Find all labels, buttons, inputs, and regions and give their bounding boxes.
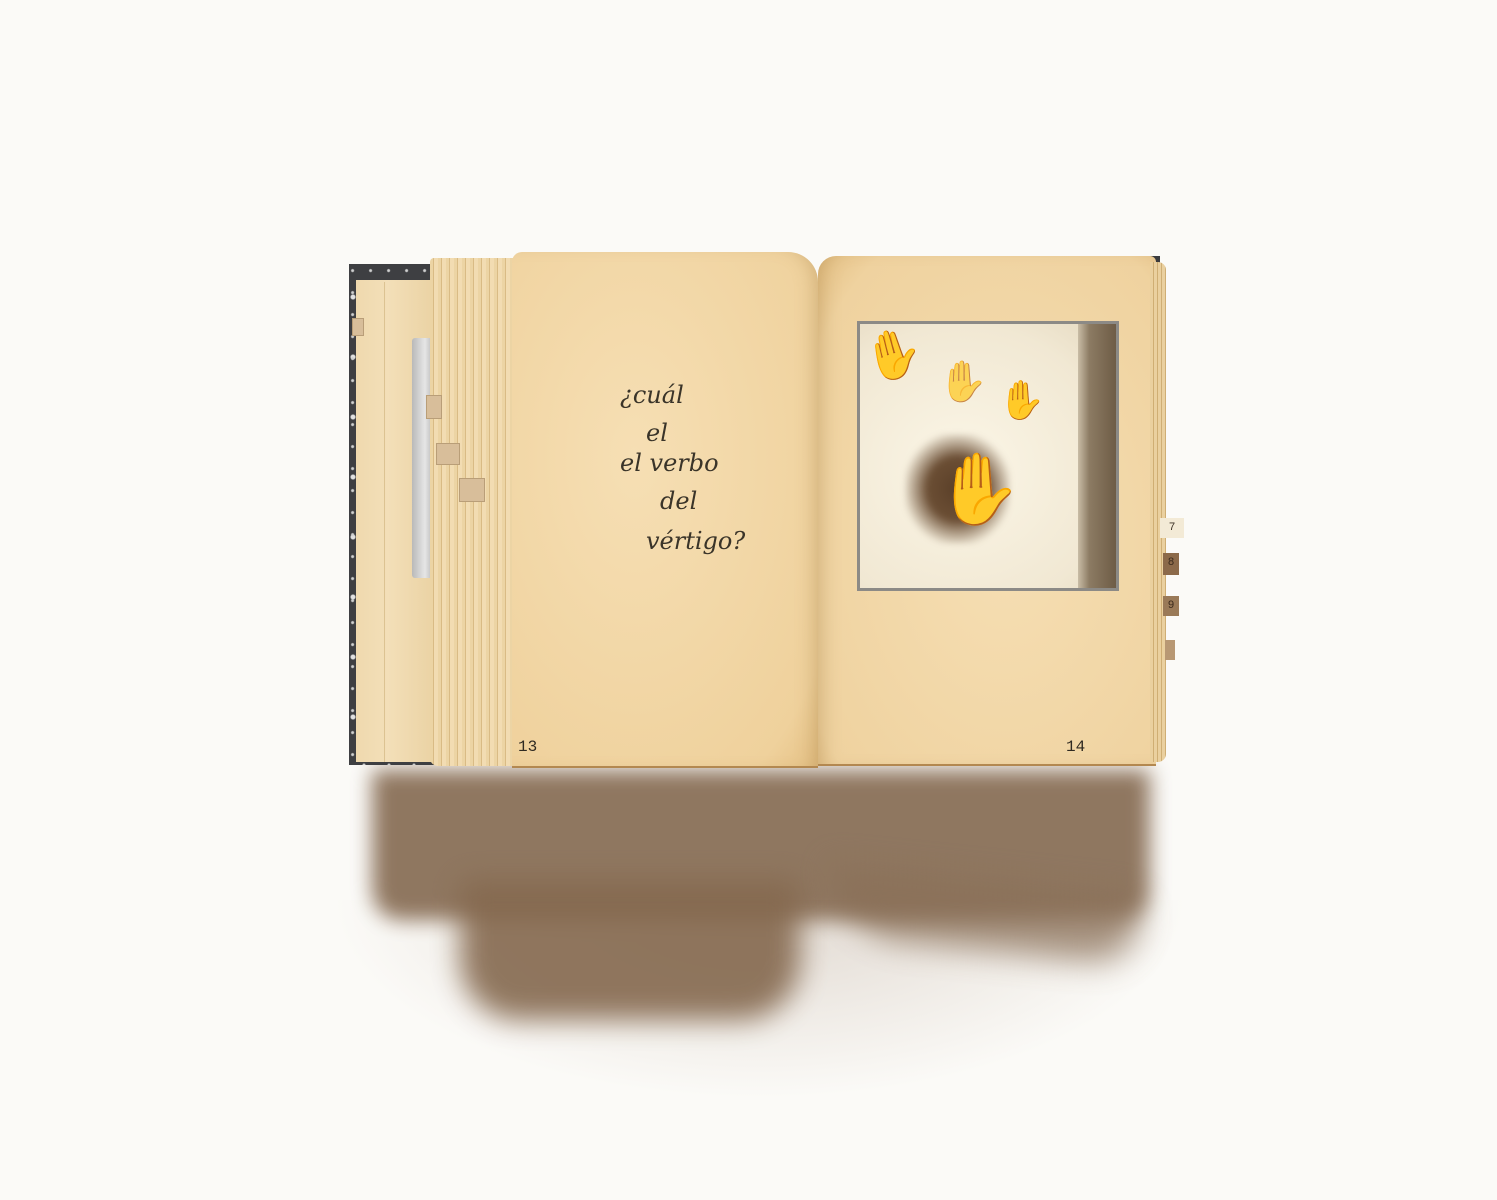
handwriting-line: vértigo? [606,526,786,556]
handprint-icon: ✋ [938,362,988,402]
fanned-page-edges [430,258,520,766]
handwriting-line: ¿cuál [606,380,786,410]
handwriting-line: el verbo [606,448,786,478]
right-page-edges [1150,262,1166,762]
side-tab-9[interactable]: 9 [1163,596,1179,616]
page-tab[interactable] [436,443,460,465]
page-tab[interactable] [459,478,485,502]
side-tab-8[interactable]: 8 [1163,553,1179,575]
page-tab[interactable] [352,318,364,336]
handprint-icon: ✋ [860,325,929,387]
white-hand-silhouette: ✋ [935,454,1022,524]
photo-window: ✋ ✋ ✋ ✋ [857,321,1119,591]
doorframe [1078,324,1116,588]
page-number-left: 13 [518,738,537,756]
handwriting-line: el [606,418,786,448]
handprint-photo: ✋ ✋ ✋ ✋ [860,324,1116,588]
handwritten-question: ¿cuál el el verbo del vértigo? [606,380,786,620]
book-shadow-left-lobe [460,880,800,1020]
handprint-icon: ✋ [998,382,1045,420]
page-number-right: 14 [1066,738,1085,756]
side-tab-7[interactable]: 7 [1160,518,1184,538]
side-tab-10[interactable] [1165,640,1175,660]
page-tab[interactable] [426,395,442,419]
handwriting-line: del [606,486,786,516]
